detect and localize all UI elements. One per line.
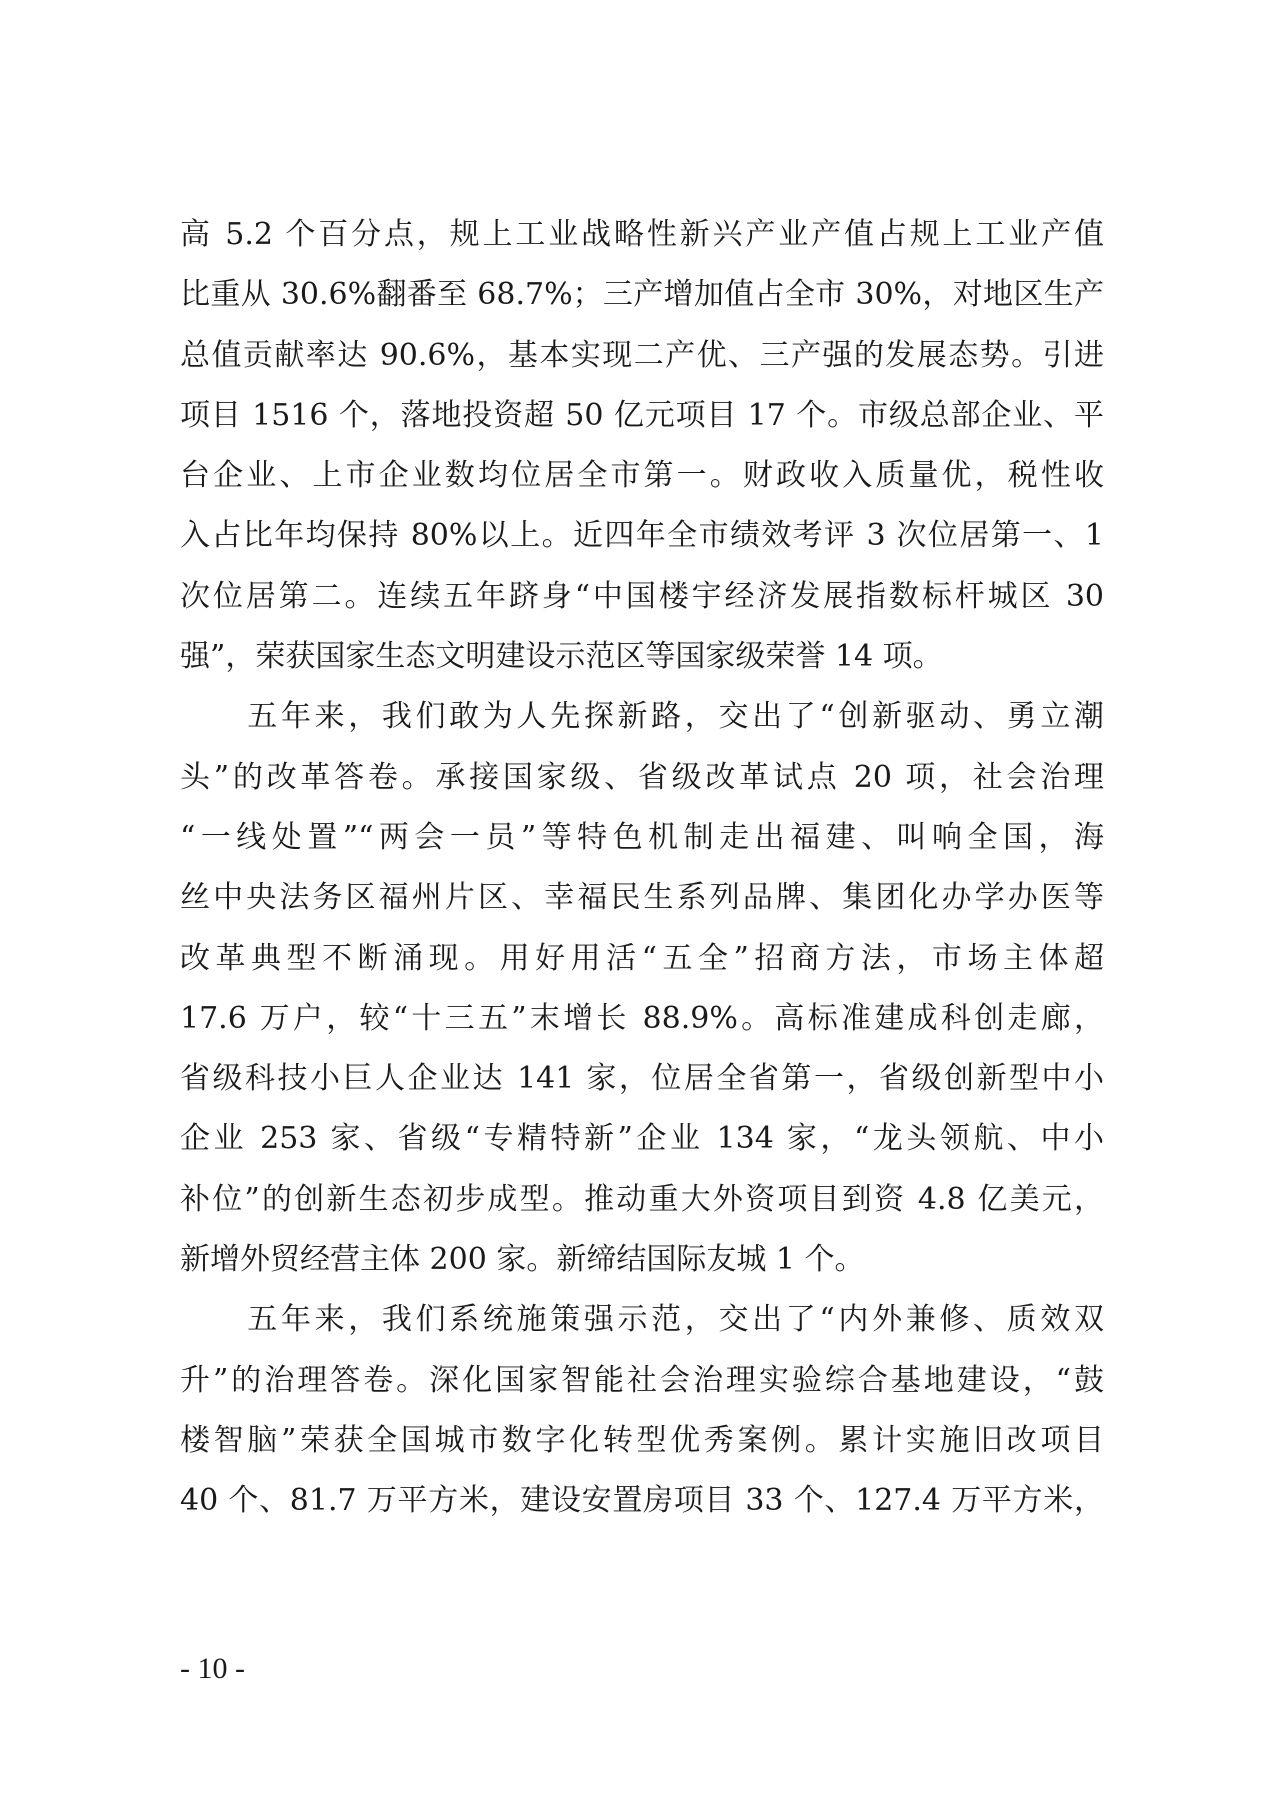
text-line: 比重从 30.6%翻番至 68.7%；三产增加值占全市 30%，对地区生产 (180, 265, 1104, 325)
text-line: 升”的治理答卷。深化国家智能社会治理实验综合基地建设，“鼓 (180, 1351, 1104, 1411)
document-page: 高 5.2 个百分点，规上工业战略性新兴产业产值占规上工业产值比重从 30.6%… (0, 0, 1280, 1795)
text-line: 丝中央法务区福州片区、幸福民生系列品牌、集团化办学办医等 (180, 868, 1104, 928)
text-line: 强”，荣获国家生态文明建设示范区等国家级荣誉 14 项。 (180, 627, 1104, 687)
text-line: 入占比年均保持 80%以上。近四年全市绩效考评 3 次位居第一、1 (180, 506, 1104, 566)
text-line: 五年来，我们系统施策强示范，交出了“内外兼修、质效双 (180, 1290, 1104, 1350)
text-line: 五年来，我们敢为人先探新路，交出了“创新驱动、勇立潮 (180, 687, 1104, 747)
text-line: 台企业、上市企业数均位居全市第一。财政收入质量优，税性收 (180, 446, 1104, 506)
text-line: 17.6 万户，较“十三五”末增长 88.9%。高标准建成科创走廊， (180, 989, 1104, 1049)
text-line: 项目 1516 个，落地投资超 50 亿元项目 17 个。市级总部企业、平 (180, 386, 1104, 446)
text-line: “一线处置”“两会一员”等特色机制走出福建、叫响全国，海 (180, 808, 1104, 868)
body-text: 高 5.2 个百分点，规上工业战略性新兴产业产值占规上工业产值比重从 30.6%… (180, 205, 1104, 1532)
text-line: 新增外贸经营主体 200 家。新缔结国际友城 1 个。 (180, 1230, 1104, 1290)
text-line: 省级科技小巨人企业达 141 家，位居全省第一，省级创新型中小 (180, 1049, 1104, 1109)
page-number: - 10 - (180, 1652, 245, 1686)
text-line: 次位居第二。连续五年跻身“中国楼宇经济发展指数标杆城区 30 (180, 567, 1104, 627)
text-line: 改革典型不断涌现。用好用活“五全”招商方法，市场主体超 (180, 929, 1104, 989)
text-line: 高 5.2 个百分点，规上工业战略性新兴产业产值占规上工业产值 (180, 205, 1104, 265)
text-line: 头”的改革答卷。承接国家级、省级改革试点 20 项，社会治理 (180, 748, 1104, 808)
text-line: 40 个、81.7 万平方米，建设安置房项目 33 个、127.4 万平方米， (180, 1471, 1104, 1531)
text-line: 楼智脑”荣获全国城市数字化转型优秀案例。累计实施旧改项目 (180, 1411, 1104, 1471)
text-line: 补位”的创新生态初步成型。推动重大外资项目到资 4.8 亿美元， (180, 1170, 1104, 1230)
text-line: 企业 253 家、省级“专精特新”企业 134 家，“龙头领航、中小 (180, 1109, 1104, 1169)
text-line: 总值贡献率达 90.6%，基本实现二产优、三产强的发展态势。引进 (180, 326, 1104, 386)
